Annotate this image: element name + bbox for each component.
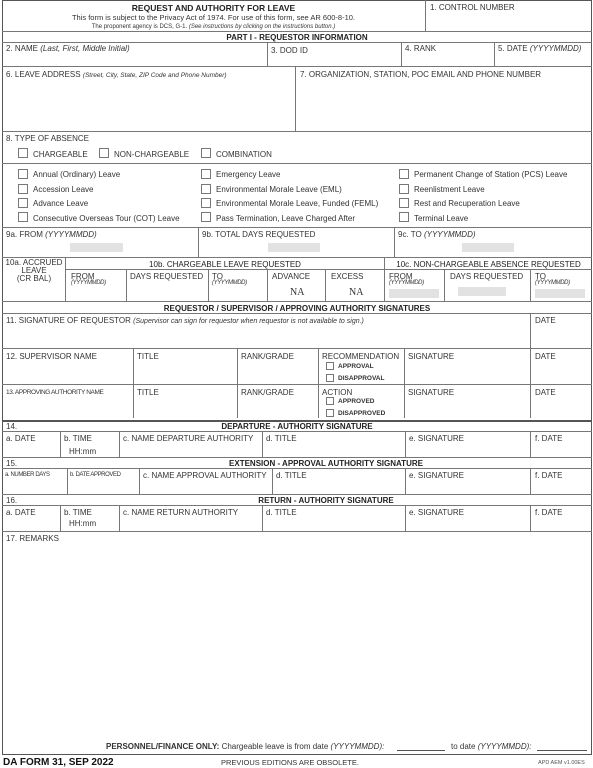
approving-rank-label: RANK/GRADE xyxy=(241,388,294,397)
extension-title-label: d. TITLE xyxy=(276,471,307,480)
chg-to-label: TO(YYYYMMDD) xyxy=(212,273,247,287)
nonchg-from-field[interactable] xyxy=(389,289,439,298)
rank-label: 4. RANK xyxy=(405,44,436,53)
terminal-leave-checkbox[interactable] xyxy=(399,212,409,222)
reenlistment-leave-label: Reenlistment Leave xyxy=(414,185,485,194)
date-label: 5. DATE (YYYYMMDD) xyxy=(498,44,581,53)
leave-address-field[interactable] xyxy=(3,80,295,130)
extension-fdate-label: f. DATE xyxy=(535,471,562,480)
advance-label: ADVANCE xyxy=(272,272,310,281)
privacy-notice: This form is subject to the Privacy Act … xyxy=(2,13,425,22)
form-title: REQUEST AND AUTHORITY FOR LEAVE xyxy=(2,3,425,13)
excess-label: EXCESS xyxy=(331,272,363,281)
remarks-field[interactable] xyxy=(3,544,591,736)
approval-checkbox[interactable] xyxy=(326,362,334,370)
approved-checkbox[interactable] xyxy=(326,397,334,405)
emergency-leave-label: Emergency Leave xyxy=(216,170,280,179)
annual-leave-checkbox[interactable] xyxy=(18,169,28,179)
rank-field[interactable] xyxy=(402,53,494,65)
accession-leave-label: Accession Leave xyxy=(33,185,93,194)
finance-note-bold: PERSONNEL/FINANCE ONLY: xyxy=(106,742,219,751)
total-days-label: 9b. TOTAL DAYS REQUESTED xyxy=(202,230,315,239)
rr-leave-label: Rest and Recuperation Leave xyxy=(414,199,520,208)
annual-leave-label: Annual (Ordinary) Leave xyxy=(33,170,120,179)
nonchg-from-label: FROM(YYYYMMDD) xyxy=(389,273,424,287)
approving-authority-name-label: 13. APPROVING AUTHORITY NAME xyxy=(6,388,103,397)
accrued-leave-field[interactable] xyxy=(3,285,65,300)
nonchg-days-field[interactable] xyxy=(458,287,506,296)
return-time-hint: HH:mm xyxy=(69,519,96,528)
pass-termination-checkbox[interactable] xyxy=(201,212,211,222)
disapproved-label: DISAPPROVED xyxy=(338,409,385,418)
from-date-field[interactable] xyxy=(70,243,123,252)
approved-label: APPROVED xyxy=(338,397,374,406)
departure-fdate-label: f. DATE xyxy=(535,434,562,443)
pass-termination-label: Pass Termination, Leave Charged After xyxy=(216,214,355,223)
finance-to-date-field[interactable] xyxy=(537,750,587,751)
extension-days-label: a. NUMBER DAYS xyxy=(5,471,50,480)
disapproval-label: DISAPPROVAL xyxy=(338,374,384,383)
recommendation-label: RECOMMENDATION xyxy=(322,352,399,361)
total-days-field[interactable] xyxy=(268,243,320,252)
advance-leave-checkbox[interactable] xyxy=(18,198,28,208)
finance-to-label: to date (YYYYMMDD): xyxy=(451,742,531,751)
chargeable-checkbox[interactable] xyxy=(18,148,28,158)
pcs-leave-label: Permanent Change of Station (PCS) Leave xyxy=(414,170,567,179)
extension-signature-label: e. SIGNATURE xyxy=(409,471,464,480)
excess-value: NA xyxy=(349,287,363,298)
cot-leave-label: Consecutive Overseas Tour (COT) Leave xyxy=(33,214,180,223)
control-number-label: 1. CONTROL NUMBER xyxy=(430,3,515,12)
nonchg-days-label: DAYS REQUESTED xyxy=(450,272,523,281)
approving-date-label: DATE xyxy=(535,388,556,397)
chg-from-label: FROM(YYYYMMDD) xyxy=(71,273,106,287)
finance-from-date-field[interactable] xyxy=(397,750,445,751)
approving-signature-label: SIGNATURE xyxy=(408,388,454,397)
part1-title: PART I - REQUESTOR INFORMATION xyxy=(2,33,592,42)
dodid-field[interactable] xyxy=(268,55,401,66)
supervisor-signature-label: SIGNATURE xyxy=(408,352,454,361)
non-chargeable-checkbox[interactable] xyxy=(99,148,109,158)
pcs-leave-checkbox[interactable] xyxy=(399,169,409,179)
requestor-signature-label: 11. SIGNATURE OF REQUESTOR (Supervisor c… xyxy=(6,316,364,326)
name-field[interactable] xyxy=(3,53,267,65)
finance-note: PERSONNEL/FINANCE ONLY: Chargeable leave… xyxy=(106,742,384,751)
nonchg-to-label: TO(YYYYMMDD) xyxy=(535,273,570,287)
chargeable-label: CHARGEABLE xyxy=(33,150,88,159)
feml-checkbox[interactable] xyxy=(201,198,211,208)
departure-time-label: b. TIME xyxy=(64,434,92,443)
return-signature-label: e. SIGNATURE xyxy=(409,508,464,517)
requestor-signature-field[interactable] xyxy=(3,326,530,348)
supervisor-date-label: DATE xyxy=(535,352,556,361)
return-date-label: a. DATE xyxy=(6,508,36,517)
departure-signature-label: e. SIGNATURE xyxy=(409,434,464,443)
reenlistment-leave-checkbox[interactable] xyxy=(399,184,409,194)
requestor-date-label: DATE xyxy=(535,316,556,325)
supervisor-rank-label: RANK/GRADE xyxy=(241,352,294,361)
departure-title-label: d. TITLE xyxy=(266,434,297,443)
dodid-label: 3. DOD ID xyxy=(271,46,308,55)
control-number-field[interactable] xyxy=(426,12,591,31)
from-date-label: 9a. FROM (YYYYMMDD) xyxy=(6,230,97,239)
remarks-label: 17. REMARKS xyxy=(6,534,59,543)
proponent-instructions: (See instructions by clicking on the ins… xyxy=(189,24,335,30)
return-fdate-label: f. DATE xyxy=(535,508,562,517)
advance-value: NA xyxy=(290,287,304,298)
emergency-leave-checkbox[interactable] xyxy=(201,169,211,179)
combination-label: COMBINATION xyxy=(216,150,272,159)
approval-label: APPROVAL xyxy=(338,362,374,371)
advance-leave-label: Advance Leave xyxy=(33,199,88,208)
return-title: RETURN - AUTHORITY SIGNATURE xyxy=(60,496,592,505)
name-label: 2. NAME (Last, First, Middle Initial) xyxy=(6,44,130,53)
organization-label: 7. ORGANIZATION, STATION, POC EMAIL AND … xyxy=(300,70,541,79)
combination-checkbox[interactable] xyxy=(201,148,211,158)
departure-authority-label: c. NAME DEPARTURE AUTHORITY xyxy=(123,434,253,443)
non-chargeable-label: NON-CHARGEABLE xyxy=(114,150,189,159)
extension-date-approved-label: b. DATE APPROVED xyxy=(70,471,121,480)
disapproval-checkbox[interactable] xyxy=(326,374,334,382)
leave-address-label: 6. LEAVE ADDRESS (Street, City, State, Z… xyxy=(6,70,227,80)
accrued-leave-label: 10a. ACCRUEDLEAVE(CR BAL) xyxy=(4,259,64,283)
form-id: DA FORM 31, SEP 2022 xyxy=(3,757,114,768)
nonchg-to-field[interactable] xyxy=(535,289,585,298)
departure-date-label: a. DATE xyxy=(6,434,36,443)
date-field[interactable] xyxy=(495,53,591,65)
eml-checkbox[interactable] xyxy=(201,184,211,194)
chg-days-label: DAYS REQUESTED xyxy=(130,272,203,281)
return-number: 16. xyxy=(6,496,17,505)
obsolete-notice: PREVIOUS EDITIONS ARE OBSOLETE. xyxy=(221,758,359,767)
to-date-field[interactable] xyxy=(462,243,514,252)
cot-leave-checkbox[interactable] xyxy=(18,212,28,222)
form-version: APD AEM v1.00ES xyxy=(538,759,585,768)
return-time-label: b. TIME xyxy=(64,508,92,517)
approving-title-label: TITLE xyxy=(137,388,159,397)
departure-title: DEPARTURE - AUTHORITY SIGNATURE xyxy=(2,422,592,431)
return-title-label: d. TITLE xyxy=(266,508,297,517)
rr-leave-checkbox[interactable] xyxy=(399,198,409,208)
disapproved-checkbox[interactable] xyxy=(326,409,334,417)
proponent-text: The proponent agency is DCS, G-1. xyxy=(92,24,187,30)
signatures-title: REQUESTOR / SUPERVISOR / APPROVING AUTHO… xyxy=(2,304,592,313)
absence-type-label: 8. TYPE OF ABSENCE xyxy=(6,134,89,143)
action-label: ACTION xyxy=(322,388,352,397)
supervisor-name-label: 12. SUPERVISOR NAME xyxy=(6,352,97,361)
nonchargeable-title: 10c. NON-CHARGEABLE ABSENCE REQUESTED xyxy=(385,260,592,269)
terminal-leave-label: Terminal Leave xyxy=(414,214,468,223)
extension-title: EXTENSION - APPROVAL AUTHORITY SIGNATURE xyxy=(60,459,592,468)
organization-field[interactable] xyxy=(296,80,591,130)
eml-label: Environmental Morale Leave (EML) xyxy=(216,185,342,194)
extension-number: 15. xyxy=(6,459,17,468)
supervisor-title-label: TITLE xyxy=(137,352,159,361)
to-date-label: 9c. TO (YYYYMMDD) xyxy=(398,230,476,239)
feml-label: Environmental Morale Leave, Funded (FEML… xyxy=(216,199,378,208)
accession-leave-checkbox[interactable] xyxy=(18,184,28,194)
departure-time-hint: HH:mm xyxy=(69,447,96,456)
return-authority-label: c. NAME RETURN AUTHORITY xyxy=(123,508,238,517)
extension-authority-label: c. NAME APPROVAL AUTHORITY xyxy=(143,471,267,480)
chargeable-leave-title: 10b. CHARGEABLE LEAVE REQUESTED xyxy=(66,260,384,269)
